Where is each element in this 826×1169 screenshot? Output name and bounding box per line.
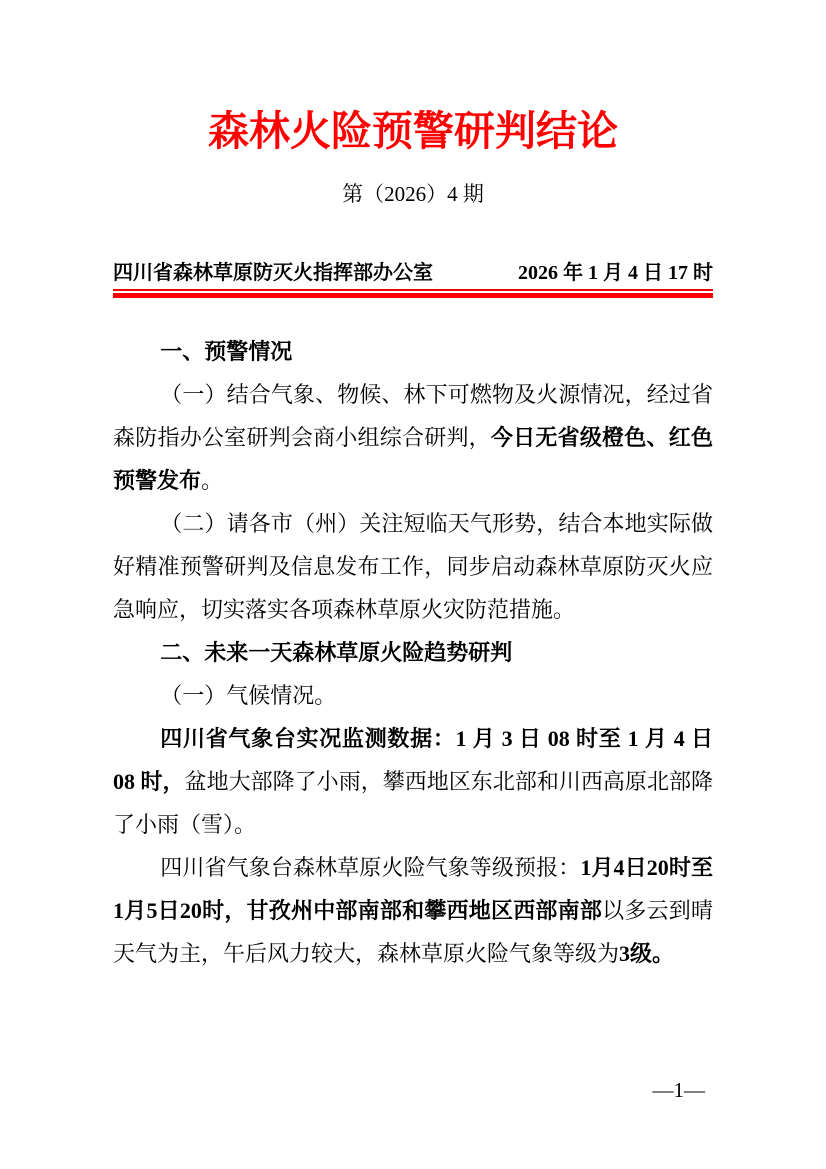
text-run: 。	[201, 468, 223, 493]
document-page: 森林火险预警研判结论 第（2026）4 期 四川省森林草原防灭火指挥部办公室 2…	[0, 0, 826, 1169]
text-run: 四川省气象台森林草原火险气象等级预报：	[160, 855, 580, 880]
section-2-heading: 二、未来一天森林草原火险趋势研判	[113, 631, 713, 674]
para-climate-subheading: （一）气候情况。	[113, 674, 713, 717]
para-warning-status: （一）结合气象、物候、林下可燃物及火源情况，经过省森防指办公室研判会商小组综合研…	[113, 373, 713, 502]
page-number: —1—	[0, 1078, 705, 1103]
text-run: 盆地大部降了小雨，攀西地区东北部和川西高原北部降了小雨（雪）。	[113, 769, 713, 837]
red-separator-thin-line	[113, 289, 713, 291]
para-fire-danger-forecast: 四川省气象台森林草原火险气象等级预报：1月4日20时至1月5日20时，甘孜州中部…	[113, 846, 713, 975]
section-1-heading: 一、预警情况	[113, 330, 713, 373]
para-city-advisory: （二）请各市（州）关注短临天气形势，结合本地实际做好精准预警研判及信息发布工作，…	[113, 502, 713, 631]
issue-datetime: 2026 年 1 月 4 日 17 时	[518, 256, 713, 285]
text-run-bold: 3级。	[619, 941, 674, 966]
para-monitoring-data: 四川省气象台实况监测数据：1 月 3 日 08 时至 1 月 4 日 08 时，…	[113, 717, 713, 846]
issuing-agency: 四川省森林草原防灭火指挥部办公室	[113, 256, 433, 285]
issue-number: 第（2026）4 期	[0, 178, 826, 208]
document-body: 一、预警情况 （一）结合气象、物候、林下可燃物及火源情况，经过省森防指办公室研判…	[113, 330, 713, 975]
document-title: 森林火险预警研判结论	[0, 98, 826, 157]
document-header: 四川省森林草原防灭火指挥部办公室 2026 年 1 月 4 日 17 时	[113, 256, 713, 285]
red-separator	[113, 289, 713, 298]
red-separator-thick-line	[113, 293, 713, 298]
